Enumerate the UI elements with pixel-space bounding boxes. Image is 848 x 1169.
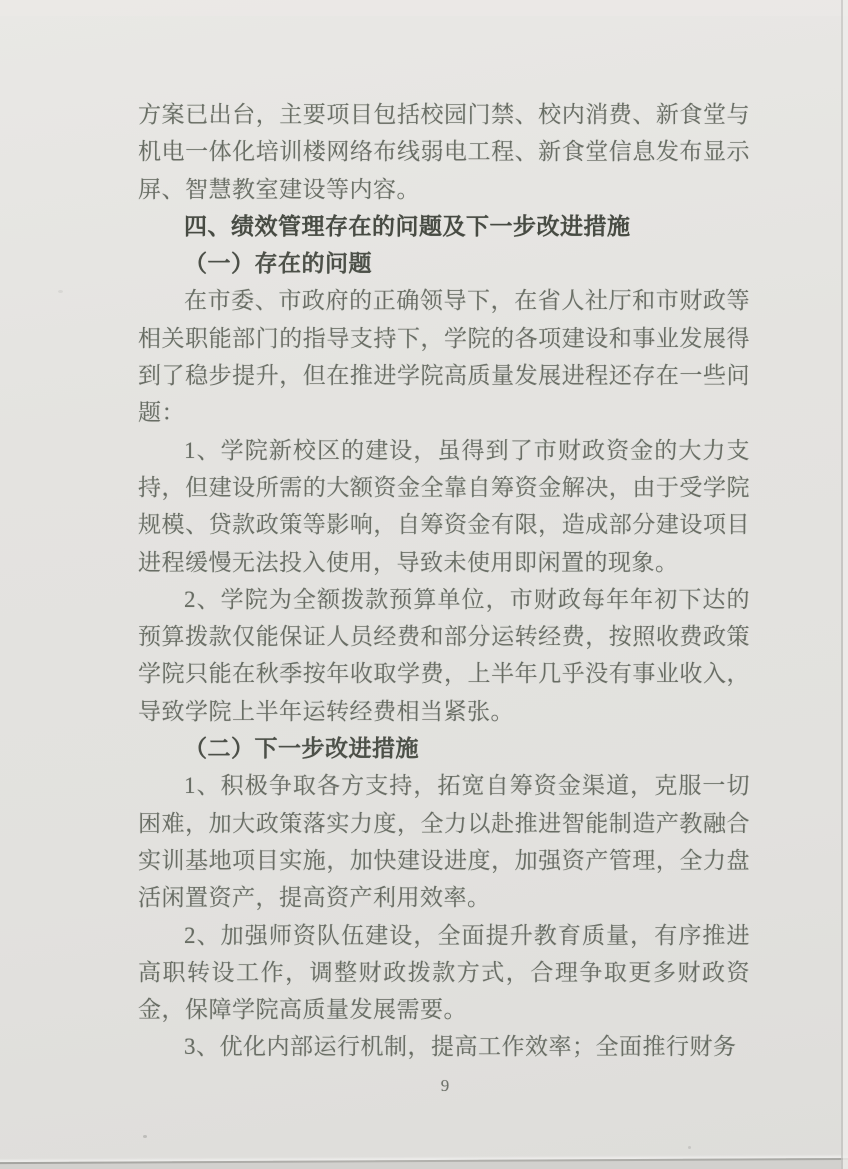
paragraph: 3、优化内部运行机制，提高工作效率；全面推行财务 [138,1028,750,1065]
scan-speck [58,290,63,293]
paragraph: 1、积极争取各方支持，拓宽自筹资金渠道，克服一切困难，加大政策落实力度，全力以赴… [138,767,750,916]
paragraph: 2、学院为全额拨款预算单位，市财政每年年初下达的预算拨款仅能保证人员经费和部分运… [138,581,750,730]
section-heading: （一）存在的问题 [138,245,750,282]
paragraph: 方案已出台，主要项目包括校园门禁、校内消费、新食堂与机电一体化培训楼网络布线弱电… [138,96,750,208]
scan-speck [143,1135,147,1138]
paragraph: 在市委、市政府的正确领导下，在省人社厅和市财政等相关职能部门的指导支持下，学院的… [138,282,750,431]
paper-top-highlight [0,0,848,16]
page-number: 9 [405,1076,485,1096]
paragraph: 1、学院新校区的建设，虽得到了市财政资金的大力支持，但建设所需的大额资金全靠自筹… [138,432,750,581]
section-heading: （二）下一步改进措施 [138,730,750,767]
scan-speck [688,1146,691,1149]
scanned-document-page: 方案已出台，主要项目包括校园门禁、校内消费、新食堂与机电一体化培训楼网络布线弱电… [0,0,848,1169]
page-right-edge-highlight [843,0,848,1169]
document-body: 方案已出台，主要项目包括校园门禁、校内消费、新食堂与机电一体化培训楼网络布线弱电… [138,96,750,1066]
paragraph: 2、加强师资队伍建设，全面提升教育质量，有序推进高职转设工作，调整财政拨款方式，… [138,917,750,1029]
section-heading: 四、绩效管理存在的问题及下一步改进措施 [138,208,750,245]
